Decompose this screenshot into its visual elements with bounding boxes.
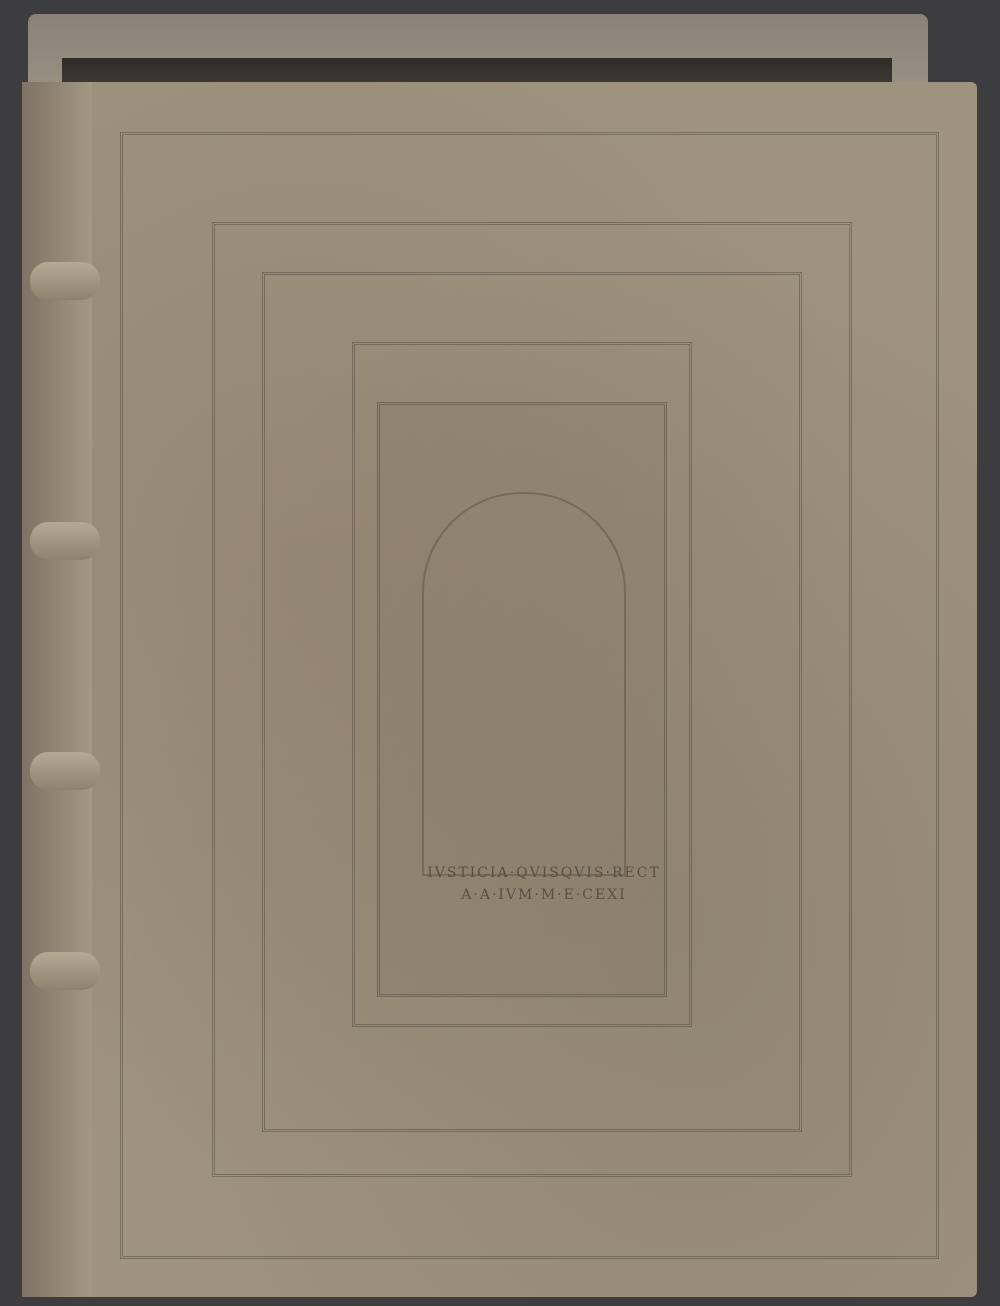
spine-band [30,752,100,790]
justitia-figure [422,492,626,876]
front-cover: IVSTICIA·QVISQVIS·RECT A·A·IVM·M·E·CEXI [22,82,977,1297]
spine-band [30,952,100,990]
spine-band [30,262,100,300]
inscription: IVSTICIA·QVISQVIS·RECT A·A·IVM·M·E·CEXI [394,862,694,906]
inscription-line-2: A·A·IVM·M·E·CEXI [394,884,694,906]
inscription-line-1: IVSTICIA·QVISQVIS·RECT [394,862,694,884]
spine-band [30,522,100,560]
